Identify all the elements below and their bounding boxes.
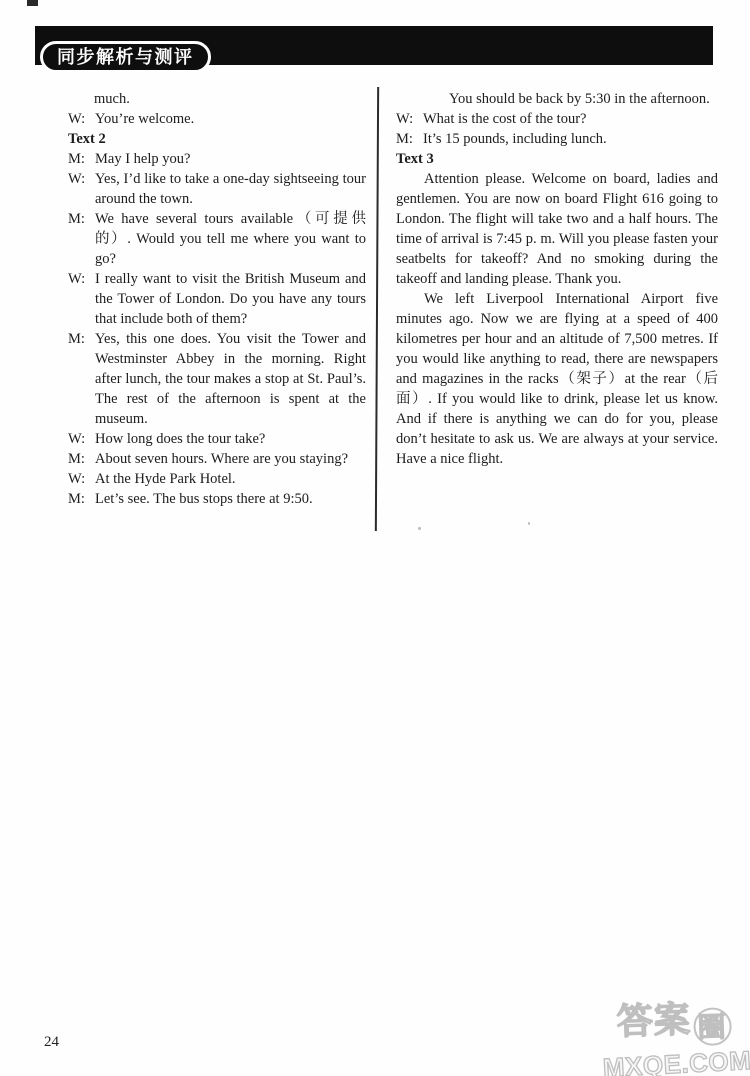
dialogue-line: M:Let’s see. The bus stops there at 9:50… — [68, 489, 366, 509]
speaker-label: M: — [396, 129, 423, 149]
dialogue-line: W:At the Hyde Park Hotel. — [68, 469, 366, 489]
dialogue-text: What is the cost of the tour? — [423, 111, 586, 127]
column-divider — [375, 87, 379, 531]
scan-speck — [418, 527, 421, 530]
dialogue-line: M:About seven hours. Where are you stayi… — [68, 449, 366, 469]
speaker-label: M: — [68, 489, 95, 509]
dialogue-line: W:How long does the tour take? — [68, 429, 366, 449]
scan-speck — [528, 522, 530, 525]
speaker-label: W: — [68, 269, 95, 289]
speaker-label: M: — [68, 329, 95, 349]
dialogue-line: W:You’re welcome. — [68, 109, 366, 129]
dialogue-text: We have several tours available（可提供的）. W… — [95, 211, 366, 267]
continuation-line: much. — [68, 89, 366, 109]
dialogue-line: W:What is the cost of the tour? — [396, 109, 718, 129]
dialogue-line: W:I really want to visit the British Mus… — [68, 269, 366, 329]
dialogue-text: Let’s see. The bus stops there at 9:50. — [95, 491, 313, 507]
paragraph-line: Attention please. Welcome on board, ladi… — [396, 169, 718, 289]
dialogue-text: I really want to visit the British Museu… — [95, 271, 366, 327]
dialogue-text: It’s 15 pounds, including lunch. — [423, 131, 607, 147]
dialogue-line: M:We have several tours available（可提供的）.… — [68, 209, 366, 269]
speaker-label: M: — [68, 149, 95, 169]
dialogue-text: How long does the tour take? — [95, 431, 265, 447]
text-section-heading: Text 3 — [396, 149, 718, 169]
speaker-label: W: — [68, 169, 95, 189]
scan-corner-mark — [27, 0, 38, 6]
left-text-column: much.W:You’re welcome.Text 2M:May I help… — [68, 89, 366, 509]
dialogue-line: M:Yes, this one does. You visit the Towe… — [68, 329, 366, 429]
dialogue-line: M:It’s 15 pounds, including lunch. — [396, 129, 718, 149]
speaker-label: W: — [68, 109, 95, 129]
dialogue-text: Yes, I’d like to take a one-day sightsee… — [95, 171, 366, 207]
watermark-chinese-text: 答案圈 — [601, 999, 747, 1049]
watermark-cn-prefix: 答案 — [616, 998, 691, 1042]
dialogue-text: About seven hours. Where are you staying… — [95, 451, 348, 467]
speaker-label: W: — [396, 109, 423, 129]
watermark-logo: 答案圈 MXQE.COM — [601, 999, 749, 1076]
paragraph-line: We left Liverpool International Airport … — [396, 289, 718, 469]
dialogue-text: Yes, this one does. You visit the Tower … — [95, 331, 366, 427]
speaker-label: W: — [68, 469, 95, 489]
scanned-book-page: 同步解析与测评 much.W:You’re welcome.Text 2M:Ma… — [0, 0, 750, 1076]
page-number: 24 — [44, 1034, 59, 1051]
dialogue-text: May I help you? — [95, 151, 190, 167]
dialogue-line: W:Yes, I’d like to take a one-day sights… — [68, 169, 366, 209]
speaker-label: M: — [68, 449, 95, 469]
dialogue-line: M:May I help you? — [68, 149, 366, 169]
watermark-circled-character: 圈 — [692, 1007, 731, 1046]
dialogue-text: You’re welcome. — [95, 111, 194, 127]
speaker-label: W: — [68, 429, 95, 449]
series-title-badge: 同步解析与测评 — [40, 41, 211, 73]
continuation-line: You should be back by 5:30 in the aftern… — [396, 89, 718, 109]
text-section-heading: Text 2 — [68, 129, 366, 149]
right-text-column: You should be back by 5:30 in the aftern… — [396, 89, 718, 469]
watermark-site-text: MXQE.COM — [602, 1047, 748, 1076]
speaker-label: M: — [68, 209, 95, 229]
dialogue-text: At the Hyde Park Hotel. — [95, 471, 236, 487]
